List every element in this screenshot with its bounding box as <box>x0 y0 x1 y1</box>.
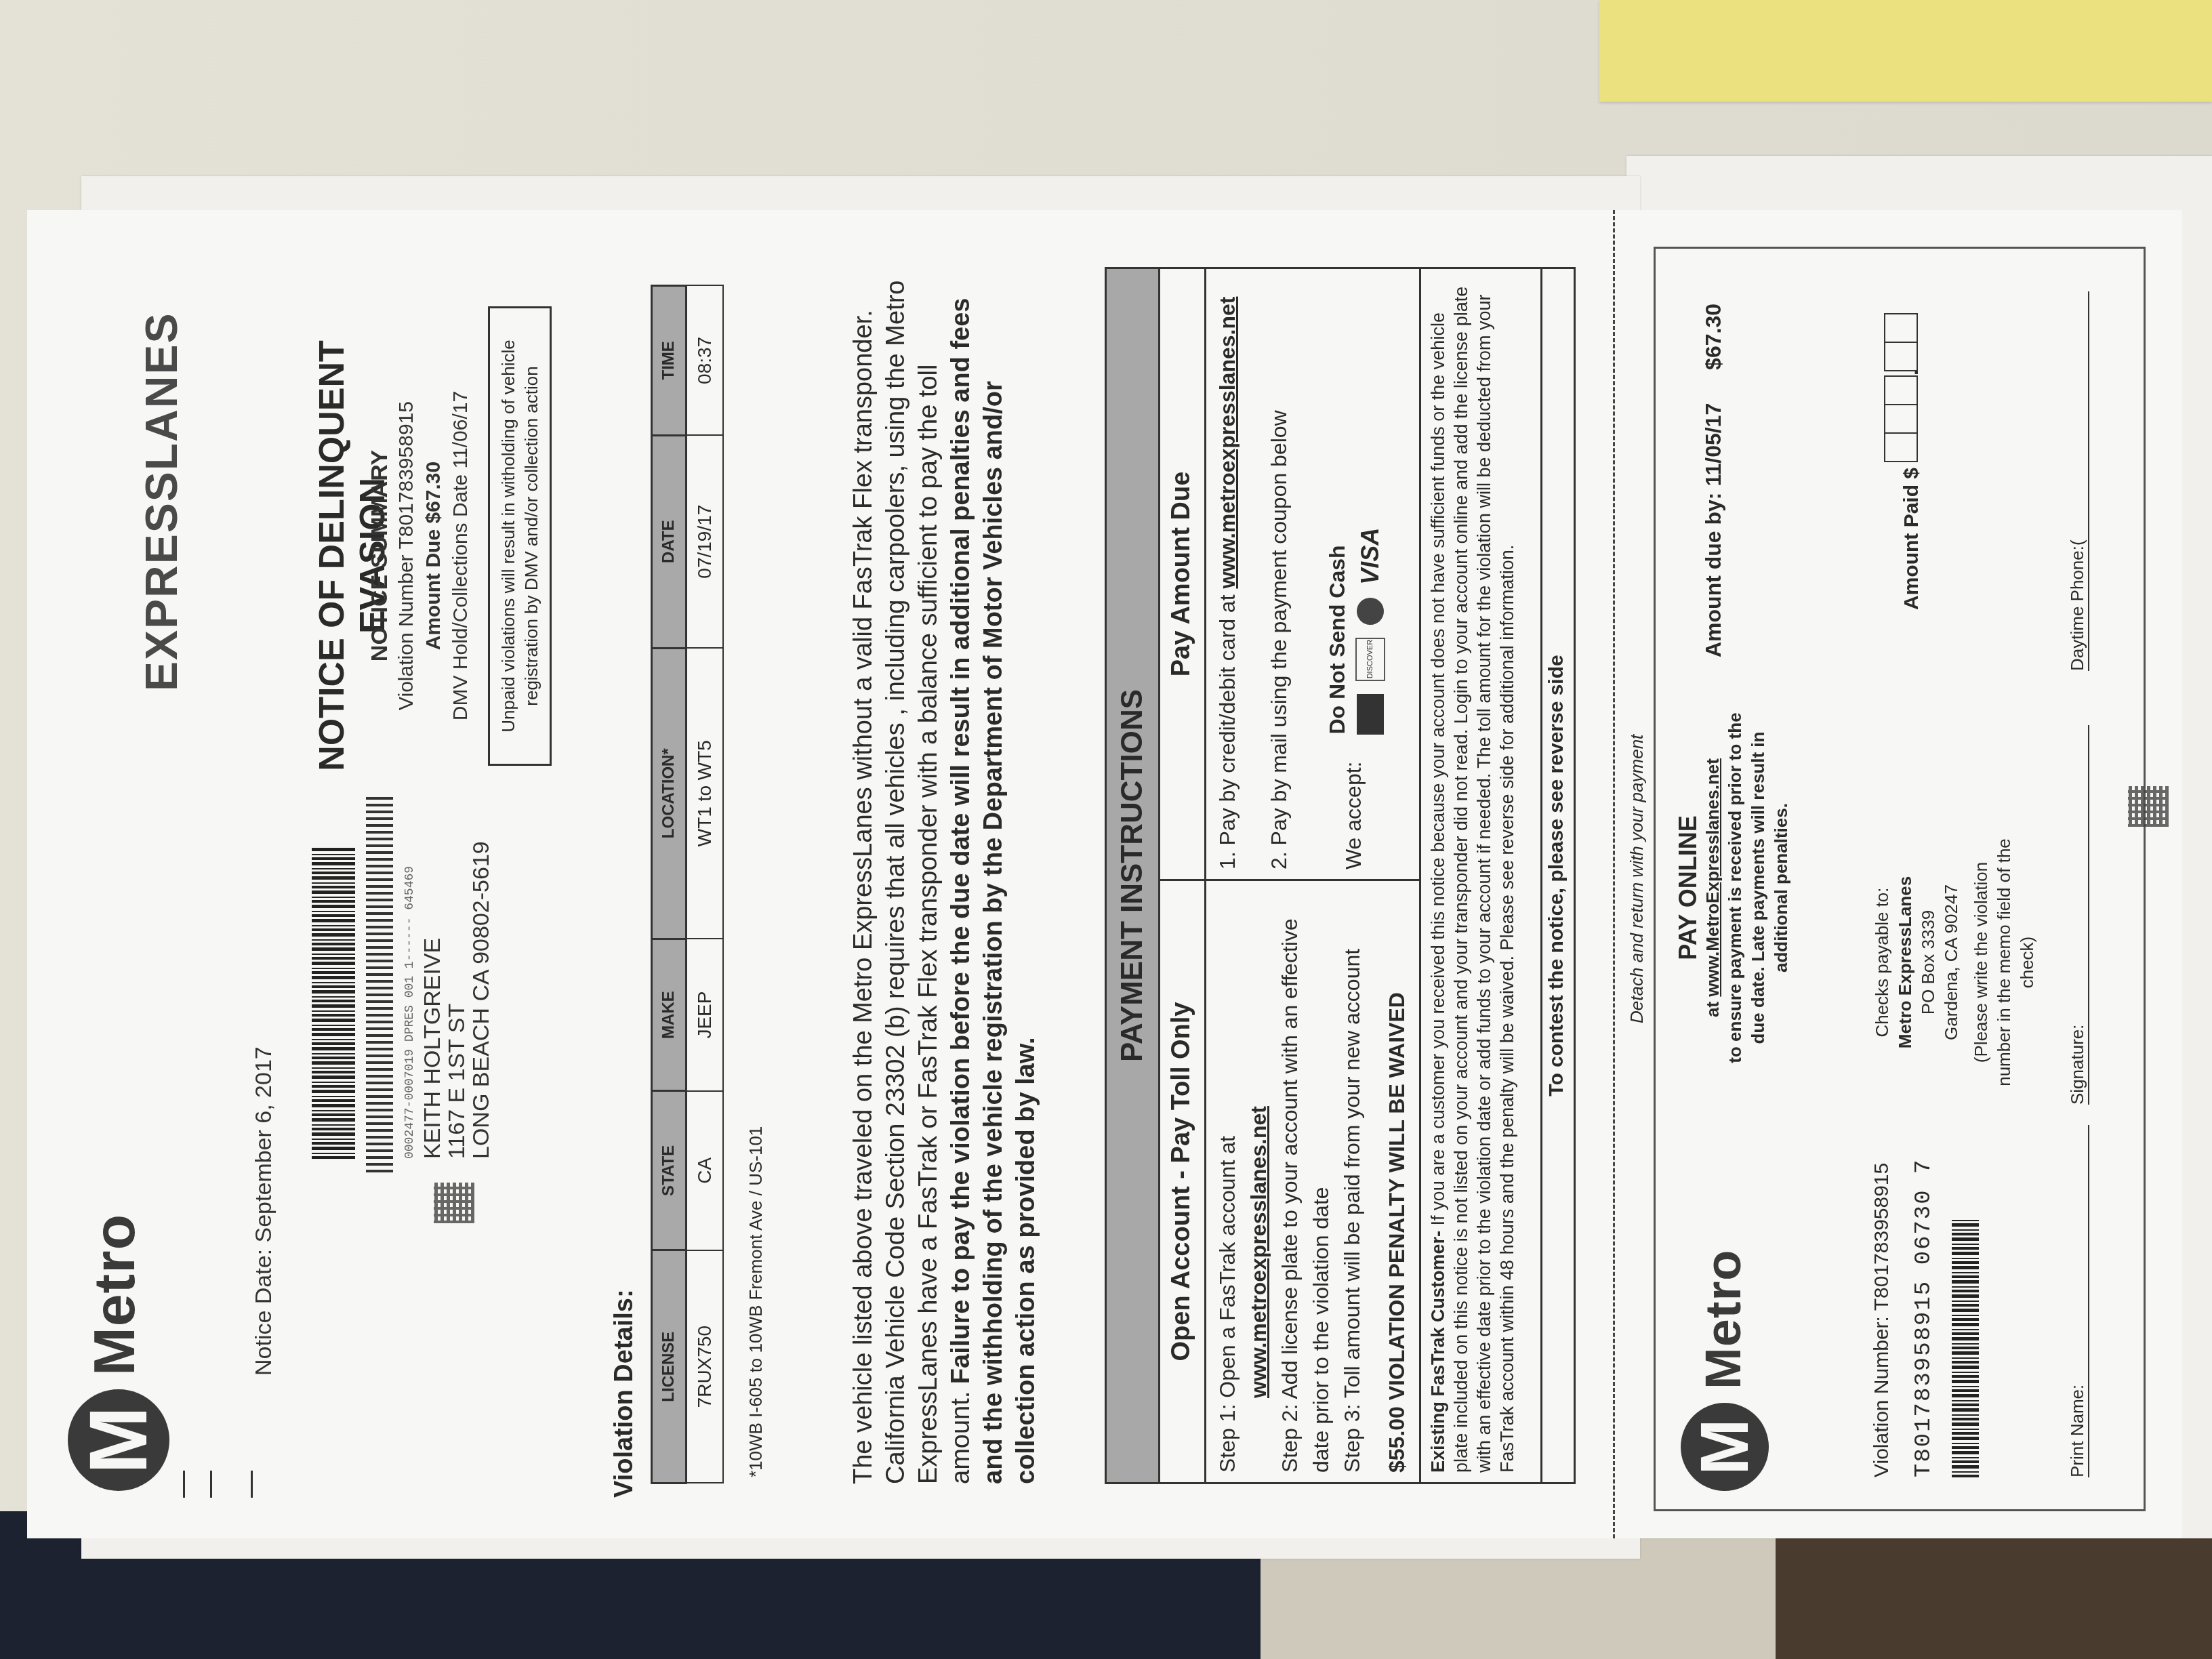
pay-option-1: 1. Pay by credit/debit card at www.metro… <box>1212 279 1243 869</box>
pay-online-at: at <box>1702 1002 1723 1017</box>
pay-amount-column: Pay Amount Due 1. Pay by credit/debit ca… <box>1160 269 1419 879</box>
table-cell: 7RUX750 <box>687 1250 724 1483</box>
payee-city: Gardena, CA 90247 <box>1940 834 1963 1091</box>
step-text: Open a FasTrak account at <box>1215 1136 1240 1398</box>
payment-instructions-title: PAYMENT INSTRUCTIONS <box>1107 269 1158 1482</box>
step-3: Step 3: Toll amount will be paid from yo… <box>1336 890 1368 1473</box>
notice-page: M Metro EXPRESSLANES Notice Date: Septem… <box>27 210 2182 1538</box>
payee-name: Metro ExpressLanes <box>1893 834 1917 1091</box>
column-header: LOCATION* <box>652 648 687 939</box>
amount-paid-boxes[interactable]: . <box>1884 313 1923 461</box>
pay-online-block: PAY ONLINE at www.MetroExpresslanes.net … <box>1674 698 1793 1078</box>
sticky-note <box>1599 0 2212 102</box>
step-2: Step 2: Add license plate to your accoun… <box>1274 890 1336 1473</box>
coupon-violation-value: T801783958915 <box>1870 1163 1893 1311</box>
pay-online-heading: PAY ONLINE <box>1674 698 1702 1078</box>
amount-due-by-label: Amount due by: <box>1701 492 1725 657</box>
open-account-column: Open Account - Pay Toll Only Step 1: Ope… <box>1160 879 1419 1482</box>
table-cell: 08:37 <box>687 286 724 436</box>
violation-explanation: The vehicle listed above traveled on the… <box>847 271 1042 1484</box>
pay-online-link[interactable]: www.metroexpresslanes.net <box>1215 297 1240 589</box>
payee-po-box: PO Box 3339 <box>1917 834 1940 1091</box>
coupon-violation-number: Violation Number: T801783958915 <box>1870 1163 1893 1477</box>
dmv-hold-date: 11/06/17 <box>449 391 472 469</box>
background-wood <box>1776 1532 2212 1659</box>
brand-subtitle: EXPRESSLANES <box>136 312 187 691</box>
location-footnote: *10WB I-605 to 10WB Fremont Ave / US-101 <box>745 1126 766 1477</box>
we-accept-label: We accept: <box>1338 762 1369 869</box>
barcode-icon <box>312 847 355 1159</box>
column-header: LICENSE <box>652 1250 687 1483</box>
digit-box[interactable] <box>1884 404 1918 434</box>
column-header: MAKE <box>652 939 687 1090</box>
table-cell: JEEP <box>687 939 724 1090</box>
dmv-hold-label: DMV Hold/Collections Date <box>449 474 472 720</box>
mastercard-icon <box>1357 598 1384 625</box>
amount-due-by: Amount due by: 11/05/17 $67.30 <box>1701 304 1726 657</box>
coupon-violation-label: Violation Number: <box>1870 1316 1893 1477</box>
recipient-street: 1167 E 1ST ST <box>445 841 469 1159</box>
pay-amount-heading: Pay Amount Due <box>1167 269 1206 879</box>
amount-due: $67.30 <box>422 462 445 524</box>
detach-line <box>1613 210 1615 1538</box>
recipient-address: KEITH HOLTGREIVE 1167 E 1ST ST LONG BEAC… <box>420 841 493 1159</box>
fastrak-signup-link[interactable]: www.metroexpresslanes.net <box>1246 1106 1271 1398</box>
amount-paid-label: Amount Paid $ <box>1900 468 1923 610</box>
pay-online-note: to ensure payment is received prior to t… <box>1723 698 1793 1078</box>
column-header: STATE <box>652 1091 687 1250</box>
digit-box[interactable] <box>1884 342 1918 371</box>
digit-box[interactable] <box>1884 432 1918 462</box>
column-header: DATE <box>652 435 687 648</box>
warning-box: Unpaid violations will result in withold… <box>488 306 552 766</box>
coupon-metro-logo-icon: M <box>1681 1403 1769 1491</box>
violation-number: T801783958915 <box>395 401 417 550</box>
violation-number-label: Violation Number <box>395 554 417 710</box>
penalty-waived-note: $55.00 VIOLATION PENALTY WILL BE WAIVED <box>1381 890 1412 1473</box>
pay-option-2: 2. Pay by mail using the payment coupon … <box>1263 279 1294 869</box>
metro-logo-icon: M <box>68 1389 169 1491</box>
card-logos: DISCOVER VISA <box>1353 521 1386 735</box>
pay-online-url[interactable]: www.MetroExpresslanes.net <box>1702 758 1723 997</box>
payment-instructions-box: PAYMENT INSTRUCTIONS Open Account - Pay … <box>1105 267 1542 1484</box>
violation-details-heading: Violation Details: <box>610 1289 639 1498</box>
do-not-send-cash: Do Not Send Cash <box>1322 521 1353 735</box>
fold-mark <box>183 1471 185 1498</box>
table-cell: WT1 to WT5 <box>687 648 724 939</box>
digit-box[interactable] <box>1884 313 1918 343</box>
detach-instruction: Detach and return with your payment <box>1626 735 1647 1023</box>
existing-customer-label: Existing FasTrak Customer- <box>1428 1231 1448 1473</box>
step-text: Toll amount will be paid from your new a… <box>1340 949 1364 1398</box>
explanation-warning: Failure to pay the violation before the … <box>947 298 1040 1485</box>
step-1: Step 1: Open a FasTrak account at www.me… <box>1212 890 1274 1473</box>
amount-due-label: Amount Due <box>422 529 445 650</box>
checks-payable-label: Checks payable to: <box>1870 834 1893 1091</box>
mail-code: 0002477-0007019 DPRES 001 1------ 645469 <box>403 866 417 1159</box>
amex-card-icon <box>1357 694 1384 735</box>
amount-due-by-value: $67.30 <box>1701 304 1725 370</box>
table-cell: 07/19/17 <box>687 435 724 648</box>
print-name-field[interactable]: Print Name: <box>2067 1125 2089 1477</box>
contest-note: To contest the notice, please see revers… <box>1540 267 1576 1484</box>
existing-customer-note: Existing FasTrak Customer- If you are a … <box>1419 269 1524 1482</box>
table-cell: CA <box>687 1091 724 1250</box>
memo-note: (Please write the violation number in th… <box>1969 834 2039 1091</box>
notice-date: Notice Date: September 6, 2017 <box>251 1046 277 1376</box>
coupon-qr-code-icon <box>2128 786 2169 827</box>
coupon-barcode-icon <box>1952 1220 1979 1477</box>
fold-mark <box>251 1471 253 1498</box>
brand-name: Metro <box>81 1214 148 1376</box>
option-text: 1. Pay by credit/debit card at <box>1215 594 1240 869</box>
coupon-brand: Metro <box>1694 1250 1752 1389</box>
daytime-phone-field[interactable]: Daytime Phone:( <box>2067 291 2089 671</box>
recipient-city: LONG BEACH CA 90802-5619 <box>469 841 493 1159</box>
checks-payable-block: Checks payable to: Metro ExpressLanes PO… <box>1870 834 2039 1091</box>
violation-table: LICENSESTATEMAKELOCATION*DATETIME 7RUX75… <box>651 285 724 1484</box>
column-header: TIME <box>652 286 687 436</box>
summary-heading: NOTICE SUMMARY <box>366 305 393 806</box>
signature-field[interactable]: Signature: <box>2067 725 2089 1105</box>
amount-paid-field[interactable]: Amount Paid $ . <box>1884 313 1923 610</box>
discover-card-icon: DISCOVER <box>1355 638 1385 681</box>
visa-card-icon: VISA <box>1355 528 1386 585</box>
qr-code-icon <box>434 1183 474 1223</box>
postal-barcode-icon <box>366 793 393 1172</box>
recipient-name: KEITH HOLTGREIVE <box>420 841 445 1159</box>
step-label: Step 3: <box>1340 1404 1364 1473</box>
open-account-heading: Open Account - Pay Toll Only <box>1167 881 1206 1482</box>
table-header-row: LICENSESTATEMAKELOCATION*DATETIME <box>652 286 687 1483</box>
notice-summary: NOTICE SUMMARY Violation Number T8017839… <box>366 305 474 806</box>
amount-due-by-date: 11/05/17 <box>1701 403 1725 487</box>
fold-mark <box>210 1471 212 1498</box>
accepted-payments: We accept: Do Not Send Cash DISCOVER VIS… <box>1322 279 1386 869</box>
payment-columns: Open Account - Pay Toll Only Step 1: Ope… <box>1158 269 1419 1482</box>
step-label: Step 1: <box>1215 1404 1240 1473</box>
step-label: Step 2: <box>1277 1404 1302 1473</box>
scanline: T801783958915 06730 7 <box>1911 1159 1937 1477</box>
step-text: Add license plate to your account with a… <box>1277 918 1333 1473</box>
table-row: 7RUX750CAJEEPWT1 to WT507/19/1708:37 <box>687 286 724 1483</box>
digit-box[interactable] <box>1884 375 1918 405</box>
